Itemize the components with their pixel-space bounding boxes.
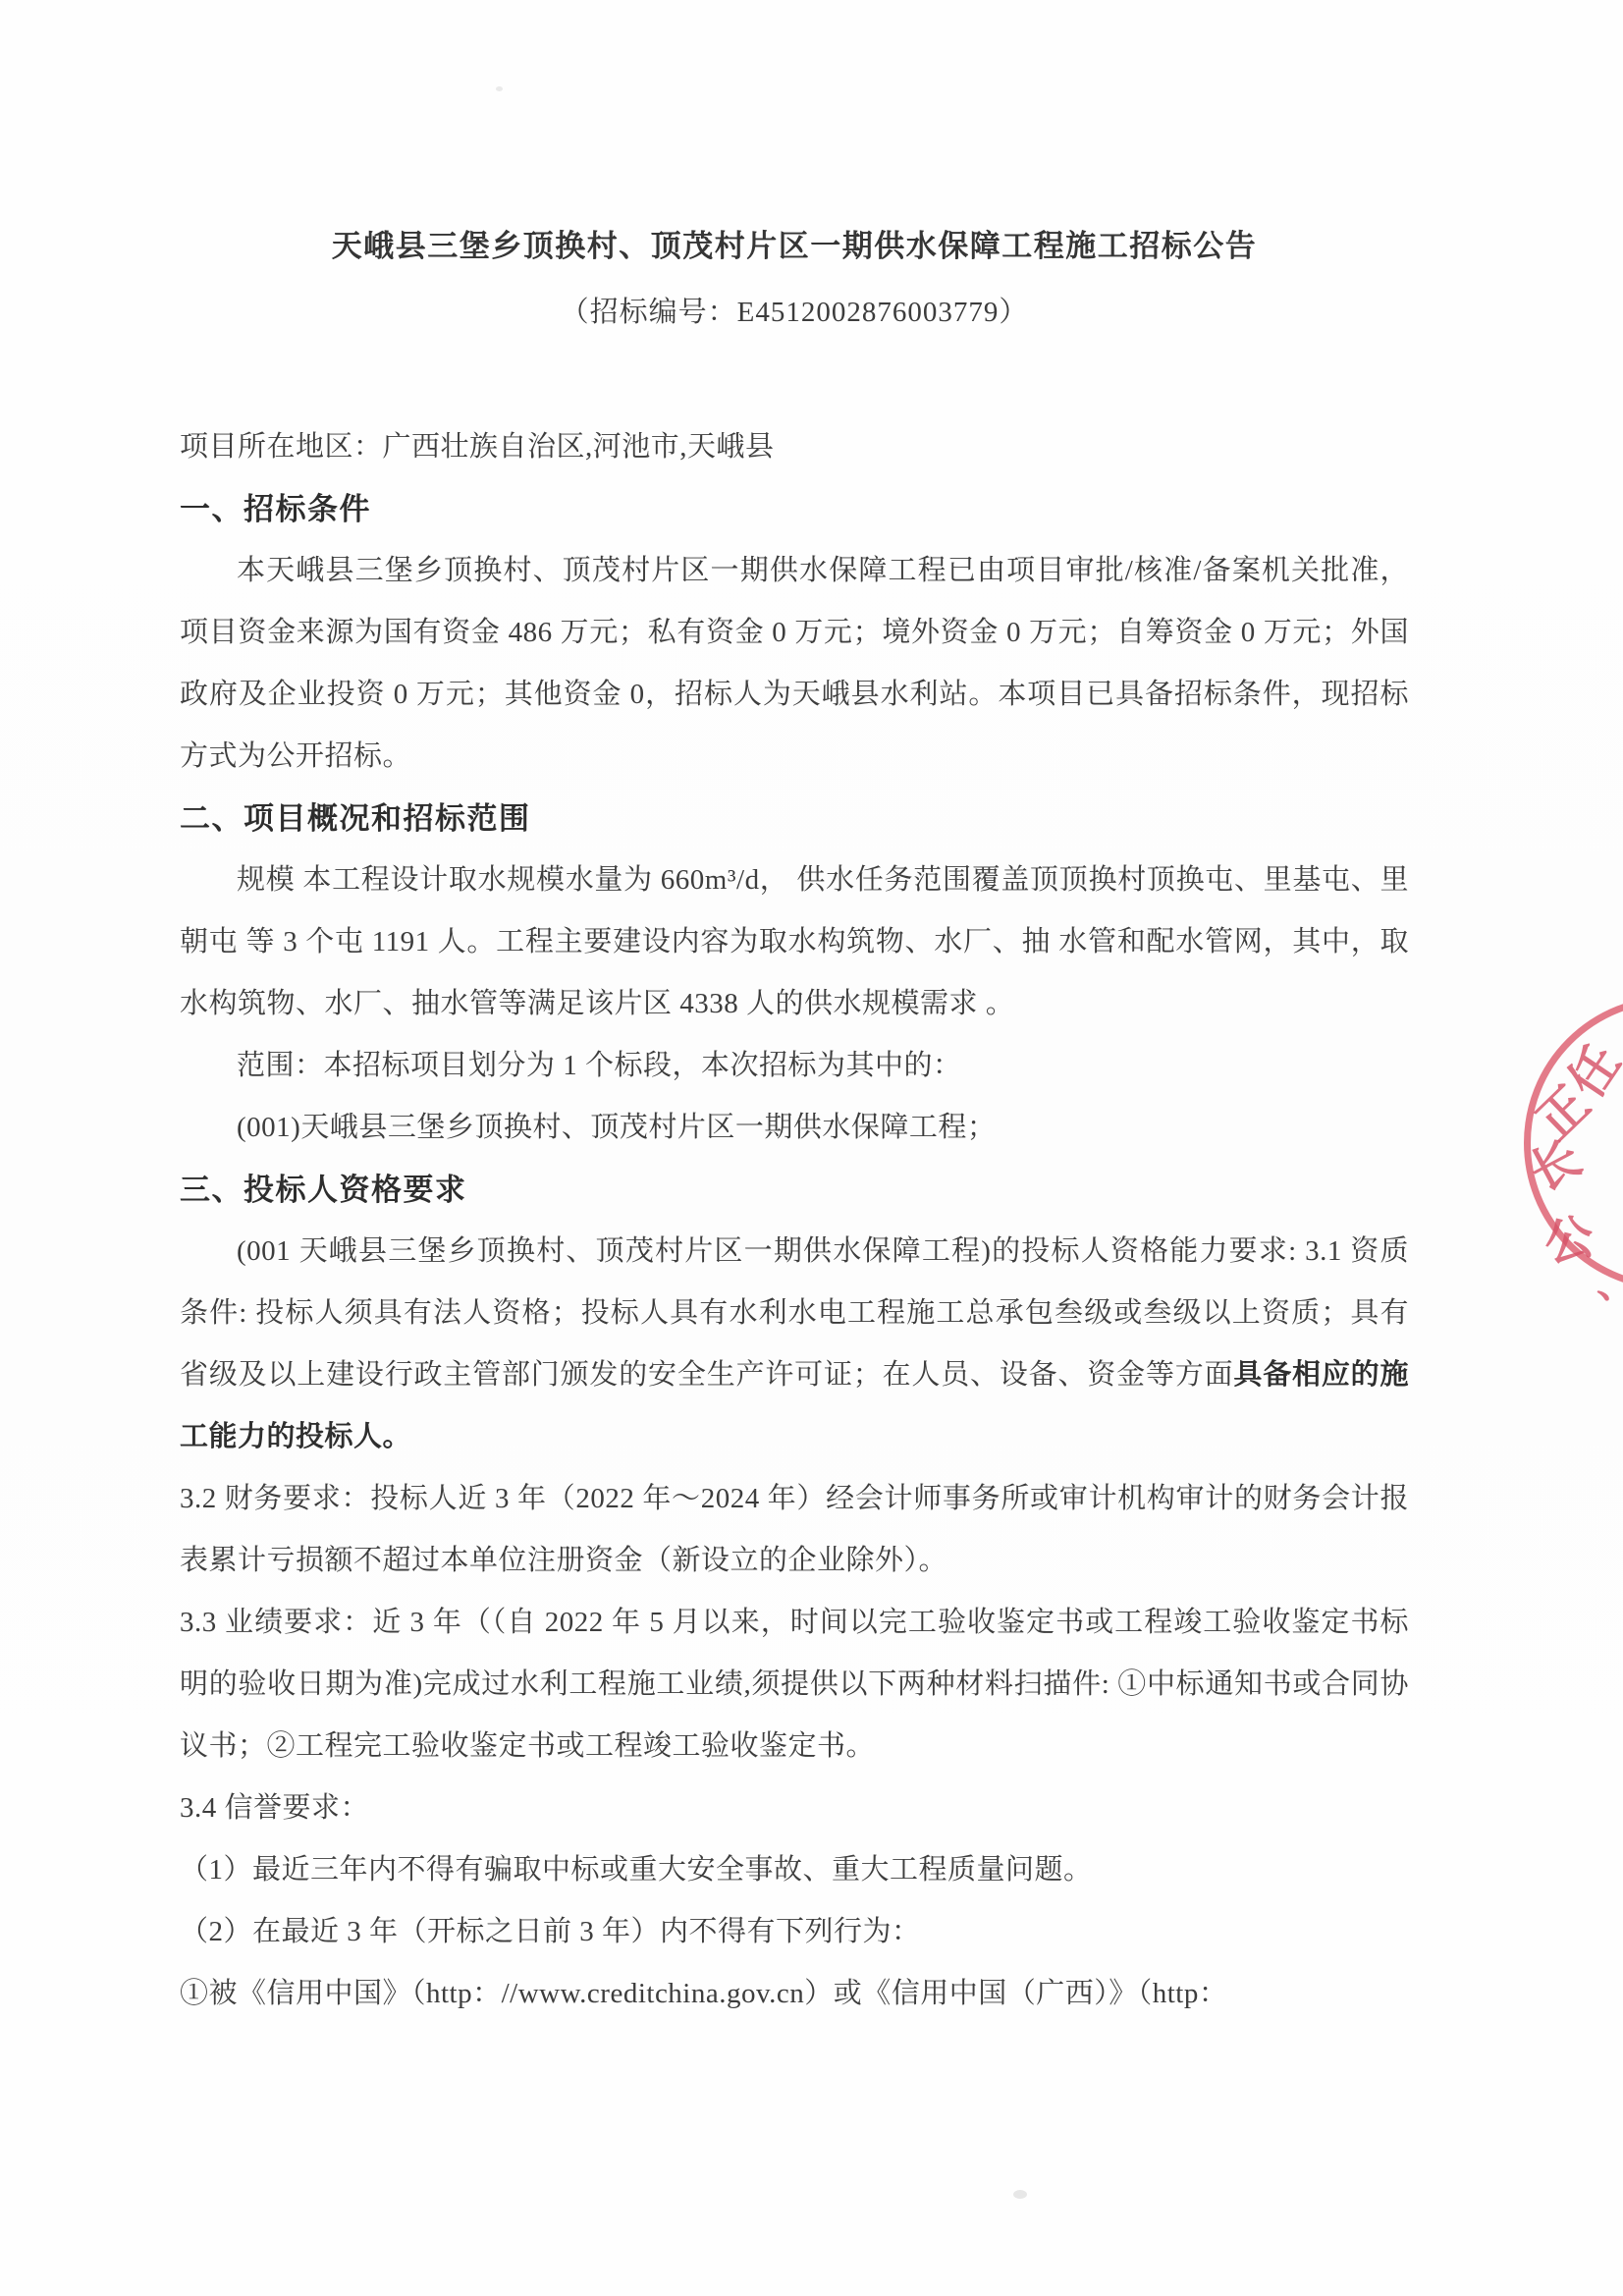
- paragraph-credit-item-2: （2）在最近 3 年（开标之日前 3 年）内不得有下列行为：: [180, 1901, 1409, 1963]
- seal-character: 正: [1529, 1078, 1598, 1148]
- paragraph-credit-requirements-heading: 3.4 信誉要求：: [180, 1777, 1409, 1839]
- section-heading-bidding-conditions: 一、招标条件: [180, 478, 1409, 540]
- project-location-line: 项目所在地区：广西壮族自治区,河池市,天峨县: [180, 416, 1409, 478]
- document-page: 天峨县三堡乡顶换村、顶茂村片区一期供水保障工程施工招标公告 （招标编号：E451…: [0, 0, 1623, 2296]
- paragraph-credit-item-1: （1）最近三年内不得有骗取中标或重大安全事故、重大工程质量问题。: [180, 1839, 1409, 1901]
- paragraph-bid-scope: 范围：本招标项目划分为 1 个标段，本次招标为其中的：: [180, 1035, 1409, 1097]
- section-heading-project-overview: 二、项目概况和招标范围: [180, 788, 1409, 849]
- scan-speck: [496, 86, 503, 91]
- red-seal-stamp: 任 正 长 公 、: [1509, 982, 1623, 1321]
- document-body: 项目所在地区：广西壮族自治区,河池市,天峨县 一、招标条件 本天峨县三堡乡顶换村…: [180, 416, 1409, 2025]
- seal-ring-icon: [1524, 996, 1623, 1290]
- seal-character: 、: [1593, 1257, 1623, 1310]
- qualification-requirements-text: (001 天峨县三堡乡顶换村、顶茂村片区一期供水保障工程)的投标人资格能力要求:…: [180, 1235, 1409, 1391]
- paragraph-bidding-conditions: 本天峨县三堡乡顶换村、顶茂村片区一期供水保障工程已由项目审批/核准/备案机关批准…: [180, 540, 1409, 788]
- paragraph-bid-lot: (001)天峨县三堡乡顶换村、顶茂村片区一期供水保障工程；: [180, 1097, 1409, 1159]
- paragraph-project-scale: 规模 本工程设计取水规模水量为 660m³/d， 供水任务范围覆盖顶顶换村顶换屯…: [180, 849, 1409, 1035]
- paragraph-financial-requirements: 3.2 财务要求：投标人近 3 年（2022 年～2024 年）经会计师事务所或…: [180, 1468, 1409, 1592]
- title-block: 天峨县三堡乡顶换村、顶茂村片区一期供水保障工程施工招标公告 （招标编号：E451…: [180, 224, 1409, 334]
- paragraph-qualification-requirements: (001 天峨县三堡乡顶换村、顶茂村片区一期供水保障工程)的投标人资格能力要求:…: [180, 1221, 1409, 1468]
- seal-character: 任: [1560, 1037, 1623, 1105]
- section-heading-bidder-qualifications: 三、投标人资格要求: [180, 1159, 1409, 1221]
- seal-character: 长: [1522, 1132, 1589, 1199]
- seal-character: 公: [1540, 1211, 1597, 1269]
- paragraph-performance-requirements: 3.3 业绩要求：近 3 年（（自 2022 年 5 月以来，时间以完工验收鉴定…: [180, 1592, 1409, 1777]
- tender-number: （招标编号：E4512002876003779）: [180, 291, 1409, 334]
- scan-speck: [1013, 2190, 1027, 2199]
- document-title: 天峨县三堡乡顶换村、顶茂村片区一期供水保障工程施工招标公告: [180, 224, 1409, 269]
- paragraph-credit-item-3: ①被《信用中国》（http：//www.creditchina.gov.cn）或…: [180, 1963, 1409, 2025]
